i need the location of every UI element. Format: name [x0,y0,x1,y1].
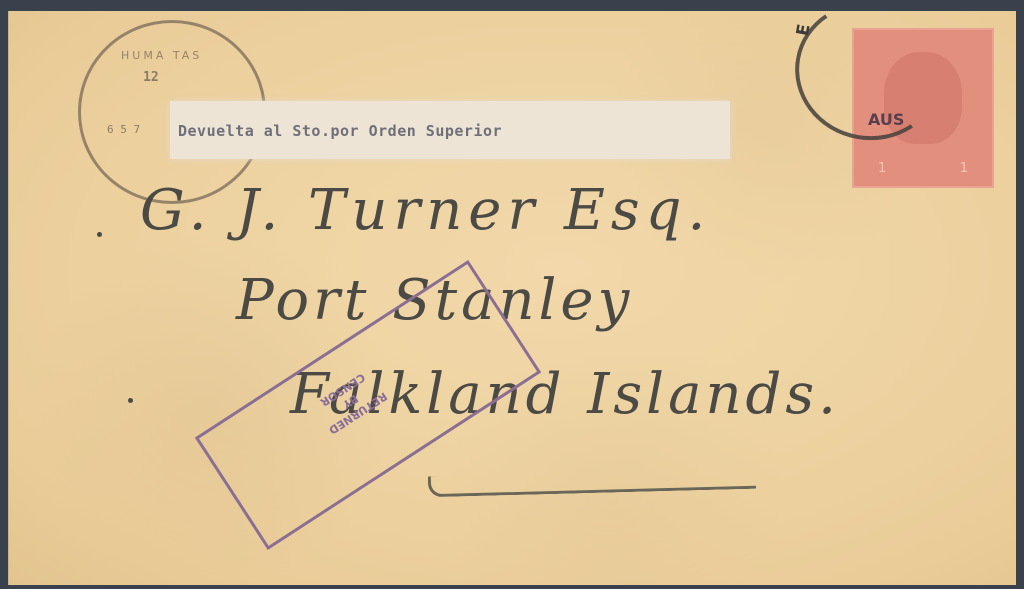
ink-dot [97,232,102,237]
postmark-ring-text: HUMA TAS [121,49,202,62]
stamp-value-left: 1 [878,161,886,176]
postmark-date: 12 [143,70,159,85]
typed-label-text: Devuelta al Sto.por Orden Superior [178,122,502,140]
address-line-name: G. J. Turner Esq. [140,178,711,243]
ink-dot [128,398,133,403]
stamp-value-right: 1 [960,161,968,176]
postmark-sub: 6 5 7 [107,123,140,136]
right-postmark-text: AUS [868,110,904,129]
